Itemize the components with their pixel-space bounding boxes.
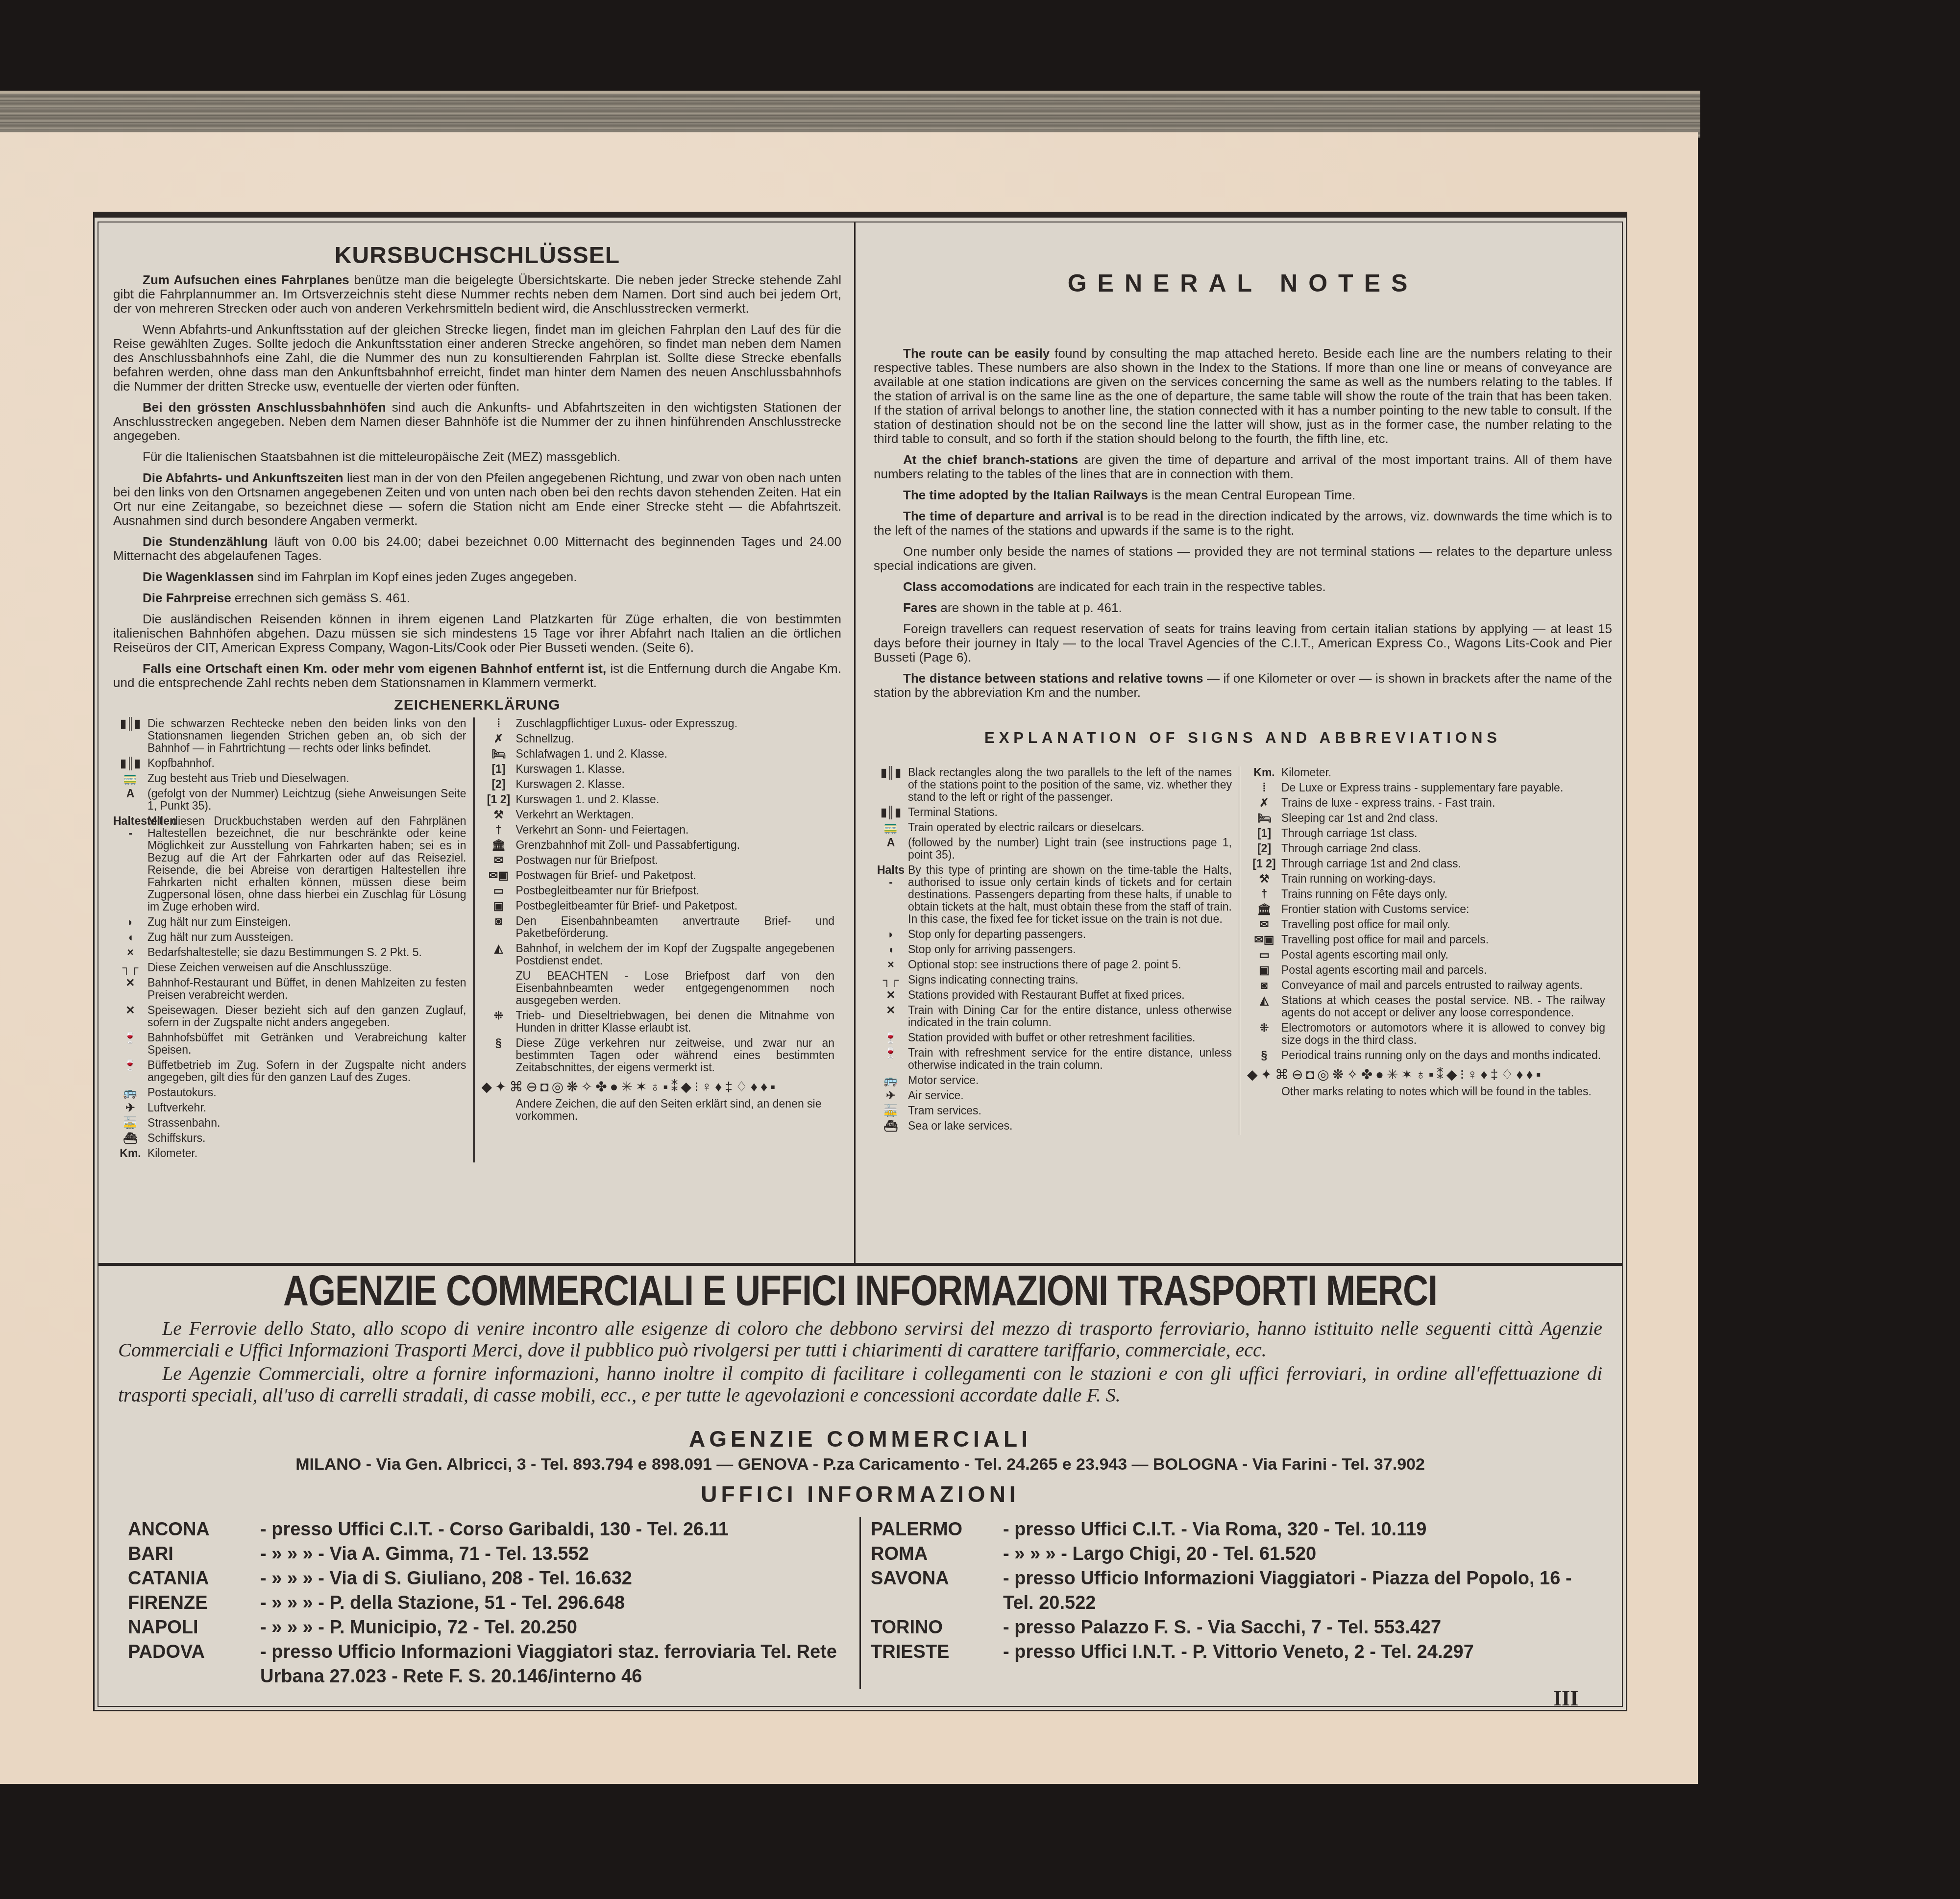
- office-row: PADOVA- presso Ufficio Informazioni Viag…: [128, 1640, 850, 1689]
- legend-text: Postautokurs.: [147, 1086, 466, 1099]
- office-address: - presso Uffici C.I.T. - Corso Garibaldi…: [260, 1517, 850, 1542]
- other-marks-text: Andere Zeichen, die auf den Seiten erklä…: [482, 1098, 835, 1122]
- legend-item: ▭Postbegleitbeamter nur für Briefpost.: [482, 885, 835, 897]
- office-city: PADOVA: [128, 1640, 260, 1689]
- legend-symbol-icon: ◭: [482, 942, 516, 967]
- legend-symbol-icon: 🚋: [113, 1117, 147, 1129]
- agenzie-paragraph-2: Le Agenzie Commerciali, oltre a fornire …: [118, 1363, 1602, 1406]
- legend-text: Stations provided with Restaurant Buffet…: [908, 989, 1232, 1001]
- paragraph: Die Wagenklassen sind im Fahrplan im Kop…: [113, 570, 841, 584]
- legend-symbol-icon: ◗: [113, 916, 147, 928]
- legend-text: Motor service.: [908, 1074, 1232, 1086]
- legend-text: Frontier station with Customs service:: [1281, 903, 1605, 915]
- legend-text: Grenzbahnhof mit Zoll- und Passabfertigu…: [516, 839, 835, 851]
- legend-symbol-icon: ×: [874, 959, 908, 971]
- legend-item: Halts -By this type of printing are show…: [874, 864, 1232, 925]
- legend-item: ▭Postal agents escorting mail only.: [1247, 949, 1605, 961]
- legend-symbol-icon: [1 2]: [1247, 858, 1281, 870]
- zeichenerklaerung-title: ZEICHENERKLÄRUNG: [113, 697, 841, 714]
- office-row: NAPOLI- » » » - P. Municipio, 72 - Tel. …: [128, 1615, 850, 1640]
- office-city: CATANIA: [128, 1566, 260, 1591]
- legend-symbol-icon: ✕: [113, 977, 147, 1001]
- office-city: BARI: [128, 1542, 260, 1566]
- office-address: - presso Uffici I.N.T. - P. Vittorio Ven…: [1003, 1640, 1592, 1664]
- office-address: - » » » - Largo Chigi, 20 - Tel. 61.520: [1003, 1542, 1592, 1566]
- office-city: SAVONA: [871, 1566, 1003, 1615]
- legend-symbol-icon: ▭: [1247, 949, 1281, 961]
- legend-symbol-icon: ✉▣: [1247, 934, 1281, 946]
- legend-text: By this type of printing are shown on th…: [908, 864, 1232, 925]
- legend-symbol-icon: ▮║▮: [874, 806, 908, 818]
- legend-item: ✗Trains de luxe - express trains. - Fast…: [1247, 797, 1605, 809]
- legend-text: Verkehrt an Sonn- und Feiertagen.: [516, 824, 835, 836]
- legend-item: †Verkehrt an Sonn- und Feiertagen.: [482, 824, 835, 836]
- legend-symbol-icon: ◖: [113, 931, 147, 943]
- paragraph: The time of departure and arrival is to …: [874, 509, 1612, 538]
- paragraph: Die Stundenzählung läuft von 0.00 bis 24…: [113, 535, 841, 563]
- legend-text: Den Eisenbahnbeamten anvertraute Brief- …: [516, 915, 835, 939]
- general-notes-column: GENERAL NOTES The route can be easily fo…: [859, 222, 1622, 1263]
- legend-text: (gefolgt von der Nummer) Leichtzug (sieh…: [147, 788, 466, 812]
- legend-item: 🍷Bahnhofsbüffet mit Getränken und Verabr…: [113, 1032, 466, 1056]
- legend-text: Trieb- und Dieseltriebwagen, bei denen d…: [516, 1010, 835, 1034]
- legend-text: Sea or lake services.: [908, 1120, 1232, 1132]
- legend-text: Bedarfshaltestelle; sie dazu Bestimmunge…: [147, 946, 466, 959]
- legend-item: †Trains running on Fête days only.: [1247, 888, 1605, 900]
- legend-item: 🛏Schlafwagen 1. und 2. Klasse.: [482, 748, 835, 760]
- office-city: FIRENZE: [128, 1591, 260, 1615]
- legend-text: Schnellzug.: [516, 733, 835, 745]
- legend-item: 🛏Sleeping car 1st and 2nd class.: [1247, 812, 1605, 824]
- paragraph-lead: At the chief branch-stations: [903, 452, 1078, 467]
- paragraph: Wenn Abfahrts-und Ankunftsstation auf de…: [113, 322, 841, 394]
- legend-symbol-icon: 🍷: [874, 1032, 908, 1044]
- office-city: PALERMO: [871, 1517, 1003, 1542]
- paragraph-text: Foreign travellers can request reservati…: [874, 621, 1612, 665]
- legend-symbol-icon: [1 2]: [482, 793, 516, 806]
- legend-text: Conveyance of mail and parcels entrusted…: [1281, 979, 1605, 991]
- legend-item: [1]Kurswagen 1. Klasse.: [482, 763, 835, 775]
- kursbuch-column: KURSBUCHSCHLÜSSEL Zum Aufsuchen eines Fa…: [98, 222, 856, 1263]
- legend-symbol-icon: ×: [113, 946, 147, 959]
- legend-item: A(gefolgt von der Nummer) Leichtzug (sie…: [113, 788, 466, 812]
- general-notes-title: GENERAL NOTES: [874, 269, 1612, 297]
- legend-symbol-icon: ✕: [874, 989, 908, 1001]
- legend-symbol-icon: [2]: [482, 778, 516, 790]
- legend-item: §Diese Züge verkehren nur zeitweise, und…: [482, 1037, 835, 1074]
- paragraph: Foreign travellers can request reservati…: [874, 622, 1612, 665]
- legend-text: Through carriage 1st and 2nd class.: [1281, 858, 1605, 870]
- legend-text: Through carriage 1st class.: [1281, 827, 1605, 839]
- office-city: ANCONA: [128, 1517, 260, 1542]
- paragraph-text: are shown in the table at p. 461.: [937, 600, 1122, 615]
- legend-text: Tram services.: [908, 1105, 1232, 1117]
- legend-symbol-icon: 🚌: [113, 1086, 147, 1099]
- kursbuch-legend-left: ▮║▮Die schwarzen Rechtecke neben den bei…: [113, 717, 473, 1162]
- legend-text: ZU BEACHTEN - Lose Briefpost darf von de…: [516, 970, 835, 1007]
- legend-text: Terminal Stations.: [908, 806, 1232, 818]
- legend-symbol-icon: §: [1247, 1049, 1281, 1061]
- legend-symbol-icon: ⁞: [482, 717, 516, 730]
- paragraph-text: are indicated for each train in the resp…: [1034, 579, 1325, 594]
- legend-text: Postbegleitbeamter für Brief- und Paketp…: [516, 900, 835, 912]
- legend-text: Trains running on Fête days only.: [1281, 888, 1605, 900]
- legend-symbol-icon: ⚒: [482, 809, 516, 821]
- legend-text: Air service.: [908, 1089, 1232, 1102]
- legend-text: Signs indicating connecting trains.: [908, 974, 1232, 986]
- content-frame: KURSBUCHSCHLÜSSEL Zum Aufsuchen eines Fa…: [93, 212, 1627, 1711]
- legend-text: De Luxe or Express trains - supplementar…: [1281, 782, 1605, 794]
- legend-text: Kurswagen 1. und 2. Klasse.: [516, 793, 835, 806]
- paragraph-text: sind im Fahrplan im Kopf eines jeden Zug…: [254, 569, 577, 584]
- legend-text: Trains de luxe - express trains. - Fast …: [1281, 797, 1605, 809]
- legend-item: ✉Postwagen nur für Briefpost.: [482, 854, 835, 866]
- legend-symbol-icon: ✗: [482, 733, 516, 745]
- legend-item: ✗Schnellzug.: [482, 733, 835, 745]
- legend-text: Train running on working-days.: [1281, 873, 1605, 885]
- paragraph-lead: Die Stundenzählung: [143, 534, 268, 549]
- paragraph-lead: Falls eine Ortschaft einen Km. oder mehr…: [143, 661, 606, 676]
- legend-text: Schlafwagen 1. und 2. Klasse.: [516, 748, 835, 760]
- legend-item: 🏛Grenzbahnhof mit Zoll- und Passabfertig…: [482, 839, 835, 851]
- paragraph: Die Fahrpreise errechnen sich gemäss S. …: [113, 591, 841, 605]
- office-address: - presso Ufficio Informazioni Viaggiator…: [1003, 1566, 1592, 1615]
- legend-symbol-icon: A: [874, 837, 908, 861]
- legend-symbol-icon: 🚃: [113, 772, 147, 785]
- legend-symbol-icon: [2]: [1247, 842, 1281, 855]
- paragraph-lead: The distance between stations and relati…: [903, 671, 1203, 686]
- legend-symbol-icon: †: [482, 824, 516, 836]
- legend-item: ⛴Sea or lake services.: [874, 1120, 1232, 1132]
- uffici-right-column: PALERMO- presso Uffici C.I.T. - Via Roma…: [859, 1517, 1602, 1689]
- legend-item: ┐┌Signs indicating connecting trains.: [874, 974, 1232, 986]
- legend-item: ✕Bahnhof-Restaurant und Büffet, in denen…: [113, 977, 466, 1001]
- legend-item: A(followed by the number) Light train (s…: [874, 837, 1232, 861]
- paragraph-lead: The route can be easily: [903, 346, 1050, 361]
- legend-item: [1 2]Kurswagen 1. und 2. Klasse.: [482, 793, 835, 806]
- legend-text: Train operated by electric railcars or d…: [908, 821, 1232, 834]
- office-row: TRIESTE- presso Uffici I.N.T. - P. Vitto…: [871, 1640, 1592, 1664]
- explanation-title: EXPLANATION OF SIGNS AND ABBREVIATIONS: [874, 729, 1612, 747]
- general-legend-left: ▮║▮Black rectangles along the two parall…: [874, 766, 1239, 1135]
- legend-symbol-icon: Halts -: [874, 864, 908, 925]
- legend-item: ✉▣Postwagen für Brief- und Paketpost.: [482, 869, 835, 882]
- paragraph-text: found by consulting the map attached her…: [874, 346, 1612, 446]
- paragraph-lead: Die Wagenklassen: [143, 569, 254, 584]
- paragraph: Für die Italienischen Staatsbahnen ist d…: [113, 450, 841, 464]
- legend-item: ◖Stop only for arriving passengers.: [874, 943, 1232, 956]
- legend-symbol-icon: 🍷: [113, 1059, 147, 1084]
- legend-symbol-icon: ◭: [1247, 994, 1281, 1019]
- legend-symbol-icon: Km.: [1247, 766, 1281, 779]
- legend-item: ⚒Verkehrt an Werktagen.: [482, 809, 835, 821]
- paragraph: Bei den grössten Anschlussbahnhöfen sind…: [113, 400, 841, 443]
- legend-text: Bahnhof-Restaurant und Büffet, in denen …: [147, 977, 466, 1001]
- paragraph-text: Wenn Abfahrts-und Ankunftsstation auf de…: [113, 322, 841, 394]
- legend-symbol-icon: ⁞: [1247, 782, 1281, 794]
- agenzie-paragraph-1: Le Ferrovie dello Stato, allo scopo di v…: [118, 1318, 1602, 1361]
- office-address: - presso Uffici C.I.T. - Via Roma, 320 -…: [1003, 1517, 1592, 1542]
- legend-symbol-icon: [482, 970, 516, 1007]
- paragraph: The distance between stations and relati…: [874, 671, 1612, 700]
- legend-text: Bahnhof, in welchem der im Kopf der Zugs…: [516, 942, 835, 967]
- legend-symbol-icon: ▣: [482, 900, 516, 912]
- legend-text: Zug hält nur zum Aussteigen.: [147, 931, 466, 943]
- legend-item: ×Optional stop: see instructions there o…: [874, 959, 1232, 971]
- legend-symbol-icon: ┐┌: [113, 962, 147, 974]
- paragraph: Fares are shown in the table at p. 461.: [874, 601, 1612, 615]
- legend-item: ⁞Zuschlagpflichtiger Luxus- oder Express…: [482, 717, 835, 730]
- office-city: TORINO: [871, 1615, 1003, 1640]
- paragraph: At the chief branch-stations are given t…: [874, 453, 1612, 481]
- general-notes-paragraphs: The route can be easily found by consult…: [874, 346, 1612, 700]
- legend-symbol-icon: §: [482, 1037, 516, 1074]
- other-marks-symbols: ◆✦⌘⊖◘◎❋✧✤●✳✶♁▪⁑◆⁝♀♦‡♢♦♦▪: [482, 1079, 835, 1095]
- agenzie-commerciali-line: MILANO - Via Gen. Albricci, 3 - Tel. 893…: [118, 1455, 1602, 1474]
- paragraph-lead: Die Fahrpreise: [143, 591, 231, 605]
- legend-symbol-icon: ▮║▮: [113, 717, 147, 754]
- legend-item: 🚋Tram services.: [874, 1105, 1232, 1117]
- paragraph-lead: Zum Aufsuchen eines Fahrplanes: [143, 272, 349, 287]
- legend-item: ▣Postbegleitbeamter für Brief- und Paket…: [482, 900, 835, 912]
- legend-item: 🍷Train with refreshment service for the …: [874, 1047, 1232, 1071]
- legend-item: ✕Stations provided with Restaurant Buffe…: [874, 989, 1232, 1001]
- legend-symbol-icon: ▭: [482, 885, 516, 897]
- legend-symbol-icon: †: [1247, 888, 1281, 900]
- legend-symbol-icon: 🛏: [1247, 812, 1281, 824]
- paragraph: Class accomodations are indicated for ea…: [874, 580, 1612, 594]
- legend-item: ▮║▮Kopfbahnhof.: [113, 757, 466, 769]
- legend-text: Train with refreshment service for the e…: [908, 1047, 1232, 1071]
- legend-text: Zug besteht aus Trieb und Dieselwagen.: [147, 772, 466, 785]
- legend-text: Kurswagen 1. Klasse.: [516, 763, 835, 775]
- legend-text: Travelling post office for mail only.: [1281, 918, 1605, 931]
- paragraph: Falls eine Ortschaft einen Km. oder mehr…: [113, 662, 841, 690]
- uffici-left-column: ANCONA- presso Uffici C.I.T. - Corso Gar…: [118, 1517, 859, 1689]
- legend-text: Postal agents escorting mail only.: [1281, 949, 1605, 961]
- legend-text: Mit diesen Druckbuchstaben werden auf de…: [147, 815, 466, 913]
- notes-region: KURSBUCHSCHLÜSSEL Zum Aufsuchen eines Fa…: [98, 222, 1622, 1266]
- paragraph-lead: The time adopted by the Italian Railways: [903, 488, 1148, 502]
- legend-item: Km.Kilometer.: [113, 1147, 466, 1159]
- legend-symbol-icon: 🍷: [113, 1032, 147, 1056]
- legend-item: ⛴Schiffskurs.: [113, 1132, 466, 1144]
- paragraph-lead: Die Abfahrts- und Ankunftszeiten: [143, 470, 343, 485]
- legend-item: ◭Stations at which ceases the postal ser…: [1247, 994, 1605, 1019]
- legend-text: Stop only for arriving passengers.: [908, 943, 1232, 956]
- legend-text: Zug hält nur zum Einsteigen.: [147, 916, 466, 928]
- legend-symbol-icon: ✕: [113, 1004, 147, 1029]
- legend-text: Through carriage 2nd class.: [1281, 842, 1605, 855]
- legend-symbol-icon: ✉: [1247, 918, 1281, 931]
- page-number: III: [1553, 1686, 1578, 1711]
- kursbuch-paragraphs: Zum Aufsuchen eines Fahrplanes benütze m…: [113, 273, 841, 690]
- office-address: - » » » - Via A. Gimma, 71 - Tel. 13.552: [260, 1542, 850, 1566]
- legend-item: §Periodical trains running only on the d…: [1247, 1049, 1605, 1061]
- legend-item: 🍷Büffetbetrieb im Zug. Sofern in der Zug…: [113, 1059, 466, 1084]
- legend-item: ◙Den Eisenbahnbeamten anvertraute Brief-…: [482, 915, 835, 939]
- legend-item: ◗Zug hält nur zum Einsteigen.: [113, 916, 466, 928]
- legend-item: 🏛Frontier station with Customs service:: [1247, 903, 1605, 915]
- general-legend-right: Km.Kilometer.⁞De Luxe or Express trains …: [1239, 766, 1612, 1135]
- legend-text: Diese Züge verkehren nur zeitweise, und …: [516, 1037, 835, 1074]
- legend-text: Postbegleitbeamter nur für Briefpost.: [516, 885, 835, 897]
- legend-text: Periodical trains running only on the da…: [1281, 1049, 1605, 1061]
- legend-text: Strassenbahn.: [147, 1117, 466, 1129]
- legend-item: ✉▣Travelling post office for mail and pa…: [1247, 934, 1605, 946]
- paragraph: Die Abfahrts- und Ankunftszeiten liest m…: [113, 471, 841, 528]
- content-frame-inner: KURSBUCHSCHLÜSSEL Zum Aufsuchen eines Fa…: [98, 222, 1623, 1707]
- legend-text: Die schwarzen Rechtecke neben den beiden…: [147, 717, 466, 754]
- legend-symbol-icon: ✗: [1247, 797, 1281, 809]
- office-city: NAPOLI: [128, 1615, 260, 1640]
- office-row: FIRENZE- » » » - P. della Stazione, 51 -…: [128, 1591, 850, 1615]
- legend-item: 🚌Postautokurs.: [113, 1086, 466, 1099]
- legend-symbol-icon: ✈: [874, 1089, 908, 1102]
- legend-item: ✕Train with Dining Car for the entire di…: [874, 1004, 1232, 1029]
- legend-item: ◭Bahnhof, in welchem der im Kopf der Zug…: [482, 942, 835, 967]
- legend-symbol-icon: 🚃: [874, 821, 908, 834]
- legend-text: Bahnhofsbüffet mit Getränken und Verabre…: [147, 1032, 466, 1056]
- legend-item: Km.Kilometer.: [1247, 766, 1605, 779]
- paragraph-lead: Bei den grössten Anschlussbahnhöfen: [143, 400, 386, 415]
- office-address: - » » » - P. Municipio, 72 - Tel. 20.250: [260, 1615, 850, 1640]
- other-marks-text: Other marks relating to notes which will…: [1247, 1085, 1605, 1098]
- legend-item: 🚌Motor service.: [874, 1074, 1232, 1086]
- legend-symbol-icon: ✕: [874, 1004, 908, 1029]
- book-page: KURSBUCHSCHLÜSSEL Zum Aufsuchen eines Fa…: [0, 132, 1698, 1784]
- kursbuch-title: KURSBUCHSCHLÜSSEL: [113, 242, 841, 269]
- legend-item: ✕Speisewagen. Dieser bezieht sich auf de…: [113, 1004, 466, 1029]
- uffici-table: ANCONA- presso Uffici C.I.T. - Corso Gar…: [118, 1517, 1602, 1689]
- legend-symbol-icon: ◙: [482, 915, 516, 939]
- legend-text: Luftverkehr.: [147, 1102, 466, 1114]
- legend-text: Stations at which ceases the postal serv…: [1281, 994, 1605, 1019]
- legend-symbol-icon: 🏛: [1247, 903, 1281, 915]
- legend-symbol-icon: ┐┌: [874, 974, 908, 986]
- legend-text: Travelling post office for mail and parc…: [1281, 934, 1605, 946]
- legend-text: Optional stop: see instructions there of…: [908, 959, 1232, 971]
- legend-symbol-icon: ◖: [874, 943, 908, 956]
- office-address: - » » » - Via di S. Giuliano, 208 - Tel.…: [260, 1566, 850, 1591]
- legend-text: Electromotors or automotors where it is …: [1281, 1022, 1605, 1046]
- legend-text: (followed by the number) Light train (se…: [908, 837, 1232, 861]
- legend-item: 🚋Strassenbahn.: [113, 1117, 466, 1129]
- book-page-edges: [0, 91, 1700, 138]
- legend-item: ✈Luftverkehr.: [113, 1102, 466, 1114]
- office-row: CATANIA- » » » - Via di S. Giuliano, 208…: [128, 1566, 850, 1591]
- legend-item: ×Bedarfshaltestelle; sie dazu Bestimmung…: [113, 946, 466, 959]
- legend-text: Train with Dining Car for the entire dis…: [908, 1004, 1232, 1029]
- legend-symbol-icon: 🚌: [874, 1074, 908, 1086]
- legend-symbol-icon: 🛏: [482, 748, 516, 760]
- legend-item: [2]Kurswagen 2. Klasse.: [482, 778, 835, 790]
- legend-symbol-icon: ▣: [1247, 964, 1281, 976]
- legend-symbol-icon: ⚒: [1247, 873, 1281, 885]
- legend-text: Postwagen nur für Briefpost.: [516, 854, 835, 866]
- legend-item: ⁜Trieb- und Dieseltriebwagen, bei denen …: [482, 1010, 835, 1034]
- general-legend: ▮║▮Black rectangles along the two parall…: [874, 766, 1612, 1135]
- office-address: - presso Palazzo F. S. - Via Sacchi, 7 -…: [1003, 1615, 1592, 1640]
- agenzie-title: AGENZIE COMMERCIALI E UFFICI INFORMAZION…: [118, 1267, 1602, 1315]
- paragraph-text: is the mean Central European Time.: [1148, 488, 1355, 502]
- legend-symbol-icon: A: [113, 788, 147, 812]
- paragraph-text: One number only beside the names of stat…: [874, 544, 1612, 573]
- legend-text: Diese Zeichen verweisen auf die Anschlus…: [147, 962, 466, 974]
- legend-item: [1 2]Through carriage 1st and 2nd class.: [1247, 858, 1605, 870]
- legend-item: ┐┌Diese Zeichen verweisen auf die Anschl…: [113, 962, 466, 974]
- legend-item: ▮║▮Terminal Stations.: [874, 806, 1232, 818]
- paragraph-lead: Class accomodations: [903, 579, 1034, 594]
- office-city: TRIESTE: [871, 1640, 1003, 1664]
- legend-symbol-icon: Km.: [113, 1147, 147, 1159]
- paragraph-text: Für die Italienischen Staatsbahnen ist d…: [143, 449, 620, 464]
- legend-item: ⁞De Luxe or Express trains - supplementa…: [1247, 782, 1605, 794]
- paragraph: The route can be easily found by consult…: [874, 346, 1612, 446]
- agenzie-commerciali-title: AGENZIE COMMERCIALI: [118, 1426, 1602, 1452]
- legend-item: [2]Through carriage 2nd class.: [1247, 842, 1605, 855]
- legend-symbol-icon: [1]: [1247, 827, 1281, 839]
- agenzie-region: AGENZIE COMMERCIALI E UFFICI INFORMAZION…: [98, 1266, 1622, 1706]
- office-row: SAVONA- presso Ufficio Informazioni Viag…: [871, 1566, 1592, 1615]
- office-row: BARI- » » » - Via A. Gimma, 71 - Tel. 13…: [128, 1542, 850, 1566]
- legend-item: ◗Stop only for departing passengers.: [874, 928, 1232, 940]
- legend-item: ◙Conveyance of mail and parcels entruste…: [1247, 979, 1605, 991]
- legend-symbol-icon: ✈: [113, 1102, 147, 1114]
- legend-item: ⁜Electromotors or automotors where it is…: [1247, 1022, 1605, 1046]
- legend-symbol-icon: ▮║▮: [113, 757, 147, 769]
- legend-text: Stop only for departing passengers.: [908, 928, 1232, 940]
- paragraph-lead: Fares: [903, 600, 937, 615]
- legend-symbol-icon: ✉: [482, 854, 516, 866]
- legend-item: [1]Through carriage 1st class.: [1247, 827, 1605, 839]
- legend-item: ◖Zug hält nur zum Aussteigen.: [113, 931, 466, 943]
- office-row: ANCONA- presso Uffici C.I.T. - Corso Gar…: [128, 1517, 850, 1542]
- legend-item: ✉Travelling post office for mail only.: [1247, 918, 1605, 931]
- legend-text: Kurswagen 2. Klasse.: [516, 778, 835, 790]
- office-row: TORINO- presso Palazzo F. S. - Via Sacch…: [871, 1615, 1592, 1640]
- paragraph: One number only beside the names of stat…: [874, 544, 1612, 573]
- legend-symbol-icon: [1]: [482, 763, 516, 775]
- legend-text: Postal agents escorting mail and parcels…: [1281, 964, 1605, 976]
- legend-item: Haltestellen -Mit diesen Druckbuchstaben…: [113, 815, 466, 913]
- legend-text: Kilometer.: [147, 1147, 466, 1159]
- legend-symbol-icon: ◙: [1247, 979, 1281, 991]
- legend-item: ▮║▮Die schwarzen Rechtecke neben den bei…: [113, 717, 466, 754]
- legend-item: ▣Postal agents escorting mail and parcel…: [1247, 964, 1605, 976]
- legend-symbol-icon: 🚋: [874, 1105, 908, 1117]
- legend-item: ✈Air service.: [874, 1089, 1232, 1102]
- legend-text: Verkehrt an Werktagen.: [516, 809, 835, 821]
- paragraph-text: Die ausländischen Reisenden können in ih…: [113, 612, 841, 655]
- legend-text: Speisewagen. Dieser bezieht sich auf den…: [147, 1004, 466, 1029]
- legend-text: Postwagen für Brief- und Paketpost.: [516, 869, 835, 882]
- legend-item: ▮║▮Black rectangles along the two parall…: [874, 766, 1232, 803]
- legend-text: Büffetbetrieb im Zug. Sofern in der Zugs…: [147, 1059, 466, 1084]
- other-marks-symbols: ◆✦⌘⊖◘◎❋✧✤●✳✶♁▪⁑◆⁝♀♦‡♢♦♦▪: [1247, 1066, 1605, 1083]
- legend-symbol-icon: ⁜: [1247, 1022, 1281, 1046]
- legend-item: 🚃Train operated by electric railcars or …: [874, 821, 1232, 834]
- legend-text: Black rectangles along the two parallels…: [908, 766, 1232, 803]
- legend-text: Schiffskurs.: [147, 1132, 466, 1144]
- legend-symbol-icon: Haltestellen -: [113, 815, 147, 913]
- kursbuch-legend: ▮║▮Die schwarzen Rechtecke neben den bei…: [113, 717, 841, 1162]
- paragraph-lead: The time of departure and arrival: [903, 509, 1103, 523]
- legend-item: ⚒Train running on working-days.: [1247, 873, 1605, 885]
- office-row: PALERMO- presso Uffici C.I.T. - Via Roma…: [871, 1517, 1592, 1542]
- legend-text: Station provided with buffet or other re…: [908, 1032, 1232, 1044]
- legend-symbol-icon: ▮║▮: [874, 766, 908, 803]
